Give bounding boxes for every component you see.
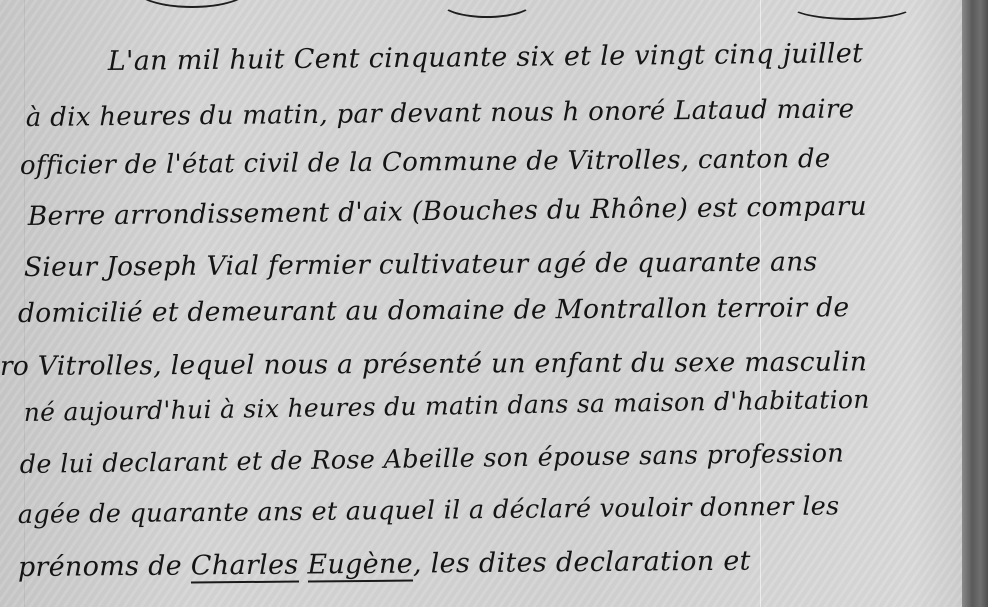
previous-entry-flourish (440, 0, 534, 18)
text-line-11: prénoms de Charles Eugène, les dites dec… (18, 546, 751, 583)
book-binding-edge (962, 0, 988, 607)
line-11-suffix: , les dites declaration et (413, 546, 751, 580)
line-11-prefix: prénoms de (18, 550, 191, 583)
text-line-3: officier de l'état civil de la Commune d… (20, 144, 831, 181)
text-line-8: né aujourd'hui à six heures du matin dan… (24, 385, 870, 427)
text-line-5: Sieur Joseph Vial fermier cultivateur ag… (24, 246, 818, 283)
text-line-10: agée de quarante ans et auquel il a décl… (18, 491, 840, 530)
line-11-space (298, 549, 307, 580)
text-line-6: domicilié et demeurant au domaine de Mon… (18, 292, 850, 329)
text-line-4: Berre arrondissement d'aix (Bouches du R… (28, 191, 868, 232)
previous-entry-flourish (790, 0, 914, 20)
register-page: L'an mil huit Cent cinquante six et le v… (0, 0, 962, 607)
text-line-1: L'an mil huit Cent cinquante six et le v… (108, 38, 864, 77)
child-second-name: Eugène (307, 549, 413, 583)
text-line-9: de lui declarant et de Rose Abeille son … (20, 438, 845, 480)
text-line-2: à dix heures du matin, par devant nous h… (26, 94, 855, 133)
child-first-name: Charles (191, 550, 299, 584)
previous-entry-flourish (135, 0, 249, 8)
text-line-7: ro Vitrolles, lequel nous a présenté un … (0, 346, 867, 382)
